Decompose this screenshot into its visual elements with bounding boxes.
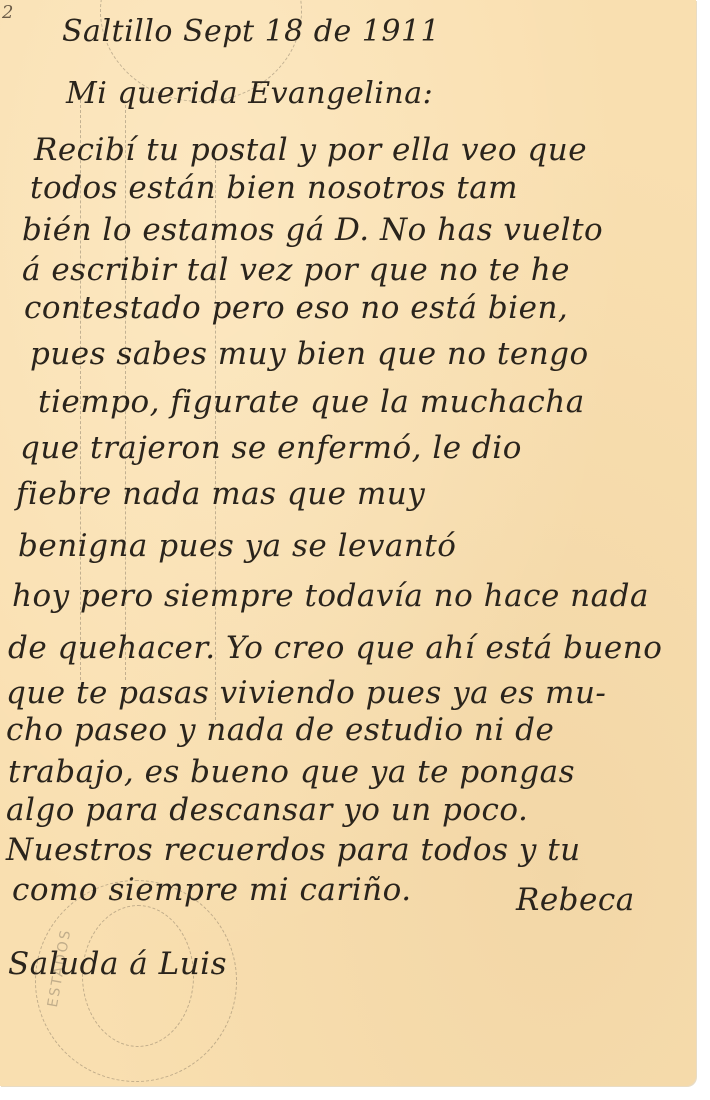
body-line: fiebre nada mas que muy — [16, 476, 425, 512]
body-line: como siempre mi cariño. — [12, 872, 412, 908]
body-line: á escribir tal vez por que no te he — [22, 252, 570, 288]
body-line: que te pasas viviendo pues ya es mu- — [6, 675, 606, 711]
body-line: trabajo, es bueno que ya te pongas — [8, 754, 575, 790]
dateline: Saltillo Sept 18 de 1911 — [62, 14, 440, 49]
signature: Rebeca — [516, 882, 635, 918]
salutation: Mi querida Evangelina: — [66, 76, 433, 111]
corner-mark: 2 — [2, 2, 13, 23]
body-line: todos están bien nosotros tam — [30, 170, 518, 206]
body-line: contestado pero eso no está bien, — [24, 290, 568, 326]
body-line: que trajeron se enfermó, le dio — [20, 430, 522, 466]
body-line: algo para descansar yo un poco. — [6, 792, 528, 828]
body-line: tiempo, figurate que la muchacha — [38, 384, 585, 420]
body-line: de quehacer. Yo creo que ahí está bueno — [8, 630, 662, 666]
body-line: pues sabes muy bien que no tengo — [30, 336, 589, 372]
body-line: Recibí tu postal y por ella veo que — [34, 132, 587, 168]
body-line: bién lo estamos gá D. No has vuelto — [22, 212, 603, 248]
body-line: cho paseo y nada de estudio ni de — [6, 712, 554, 748]
body-line: hoy pero siempre todavía no hace nada — [12, 578, 649, 614]
postscript: Saluda á Luis — [8, 946, 227, 982]
body-line: benigna pues ya se levantó — [18, 528, 456, 564]
body-line: Nuestros recuerdos para todos y tu — [6, 832, 581, 868]
postcard: 2 ESTADOS Saltillo Sept 18 de 1911 Mi qu… — [0, 0, 696, 1086]
